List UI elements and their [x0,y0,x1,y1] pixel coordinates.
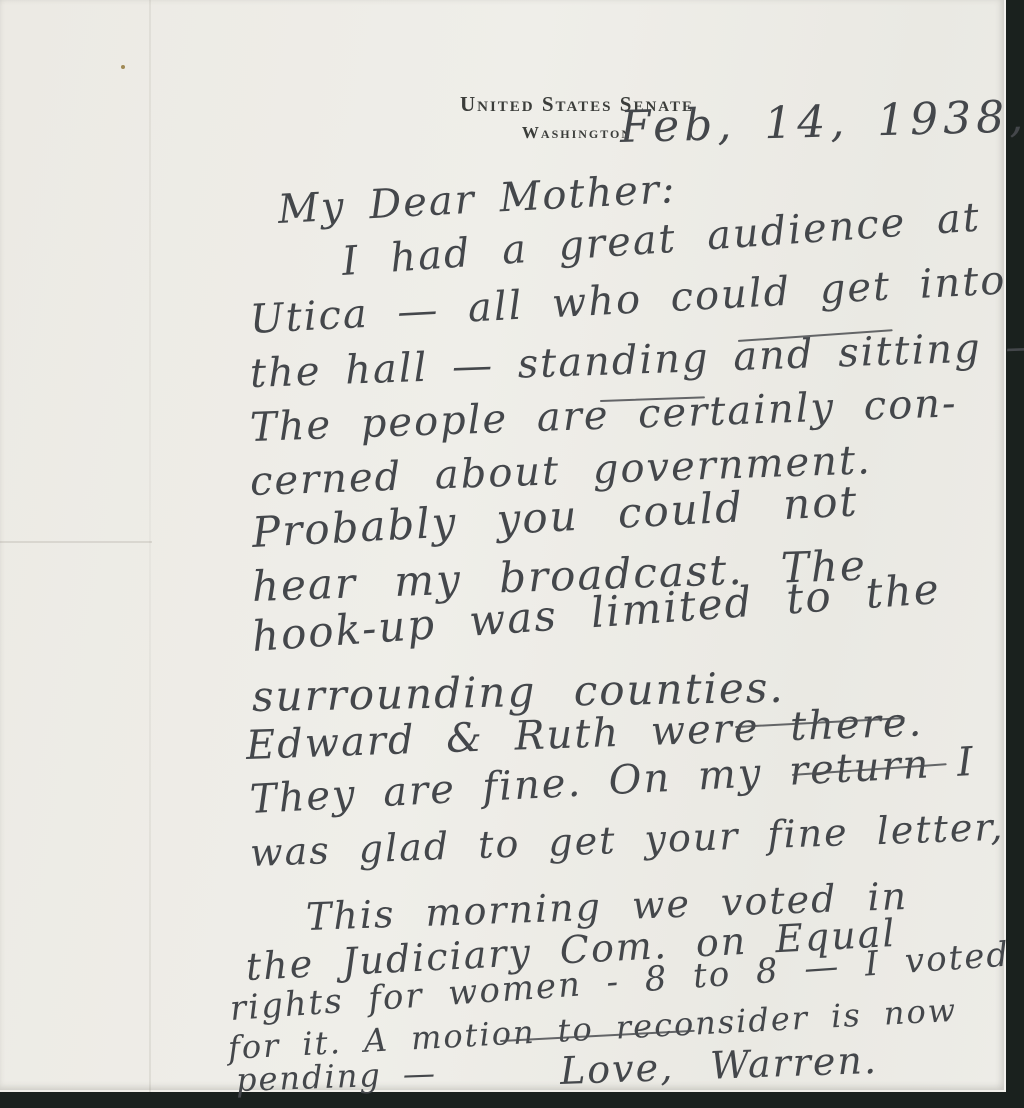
fold-crease-vertical [149,0,151,1092]
scan-background: United States Senate Washington Feb, 14,… [0,0,1024,1108]
letter-page: United States Senate Washington Feb, 14,… [0,0,1006,1092]
handwriting-line: pending — [235,1057,437,1096]
paper-speck [121,65,125,69]
fold-crease-horizontal [0,541,152,543]
letter-date: Feb, 14, 1938, [619,95,1024,150]
signature: Love, Warren. [559,1041,878,1090]
handwriting-line: was glad to get your fine letter, [249,808,1005,872]
